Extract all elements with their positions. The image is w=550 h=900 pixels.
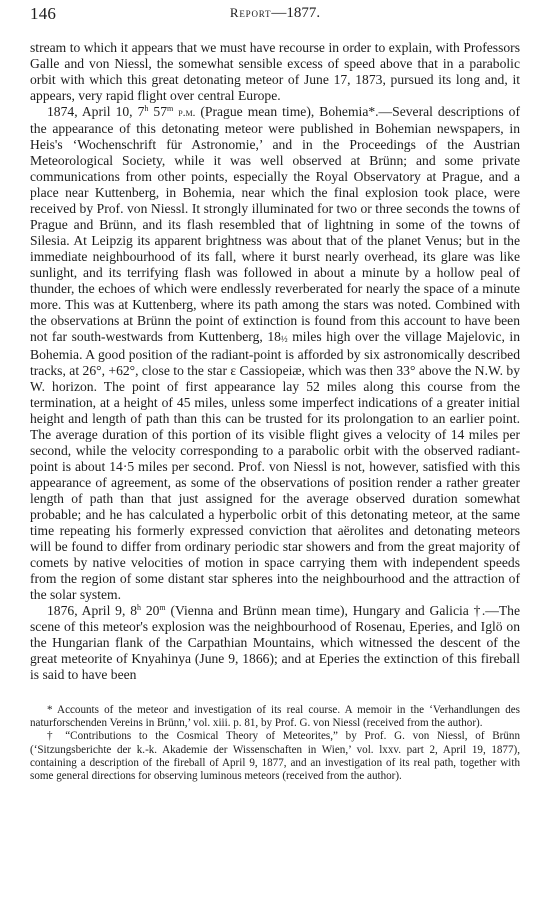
entry-minutes: 57 [148,104,167,119]
paragraph-text-cont: miles high over the village Majelovic, i… [30,329,520,602]
running-title-year: —1877. [271,5,320,21]
body-text: stream to which it appears that we must … [30,40,520,683]
paragraph-1874-meteor: 1874, April 10, 7h 57m p.m. (Prague mean… [30,104,520,603]
minute-superscript: m [167,104,173,113]
entry-date: 1874, April 10, 7 [47,104,144,119]
running-head: 146 Report—1877. [30,4,520,30]
paragraph-text: (Prague mean time), Bohemia*.—Several de… [30,104,520,344]
fraction-half: ½ [281,334,288,344]
document-page: 146 Report—1877. stream to which it appe… [30,0,520,783]
footnote-dagger: † “Contributions to the Cosmical Theory … [30,730,520,783]
entry-minutes: 20 [141,603,159,618]
footnotes: * Accounts of the meteor and investigati… [30,704,520,783]
entry-date: 1876, April 9, 8 [47,603,137,618]
running-title-smallcaps: Report [230,5,271,20]
paragraph-1876-meteor: 1876, April 9, 8h 20m (Vienna and Brünn … [30,603,520,683]
paragraph-continuation: stream to which it appears that we must … [30,40,520,104]
running-title: Report—1877. [30,5,520,22]
time-of-day: p.m. [178,107,195,119]
footnote-asterisk: * Accounts of the meteor and investigati… [30,704,520,730]
